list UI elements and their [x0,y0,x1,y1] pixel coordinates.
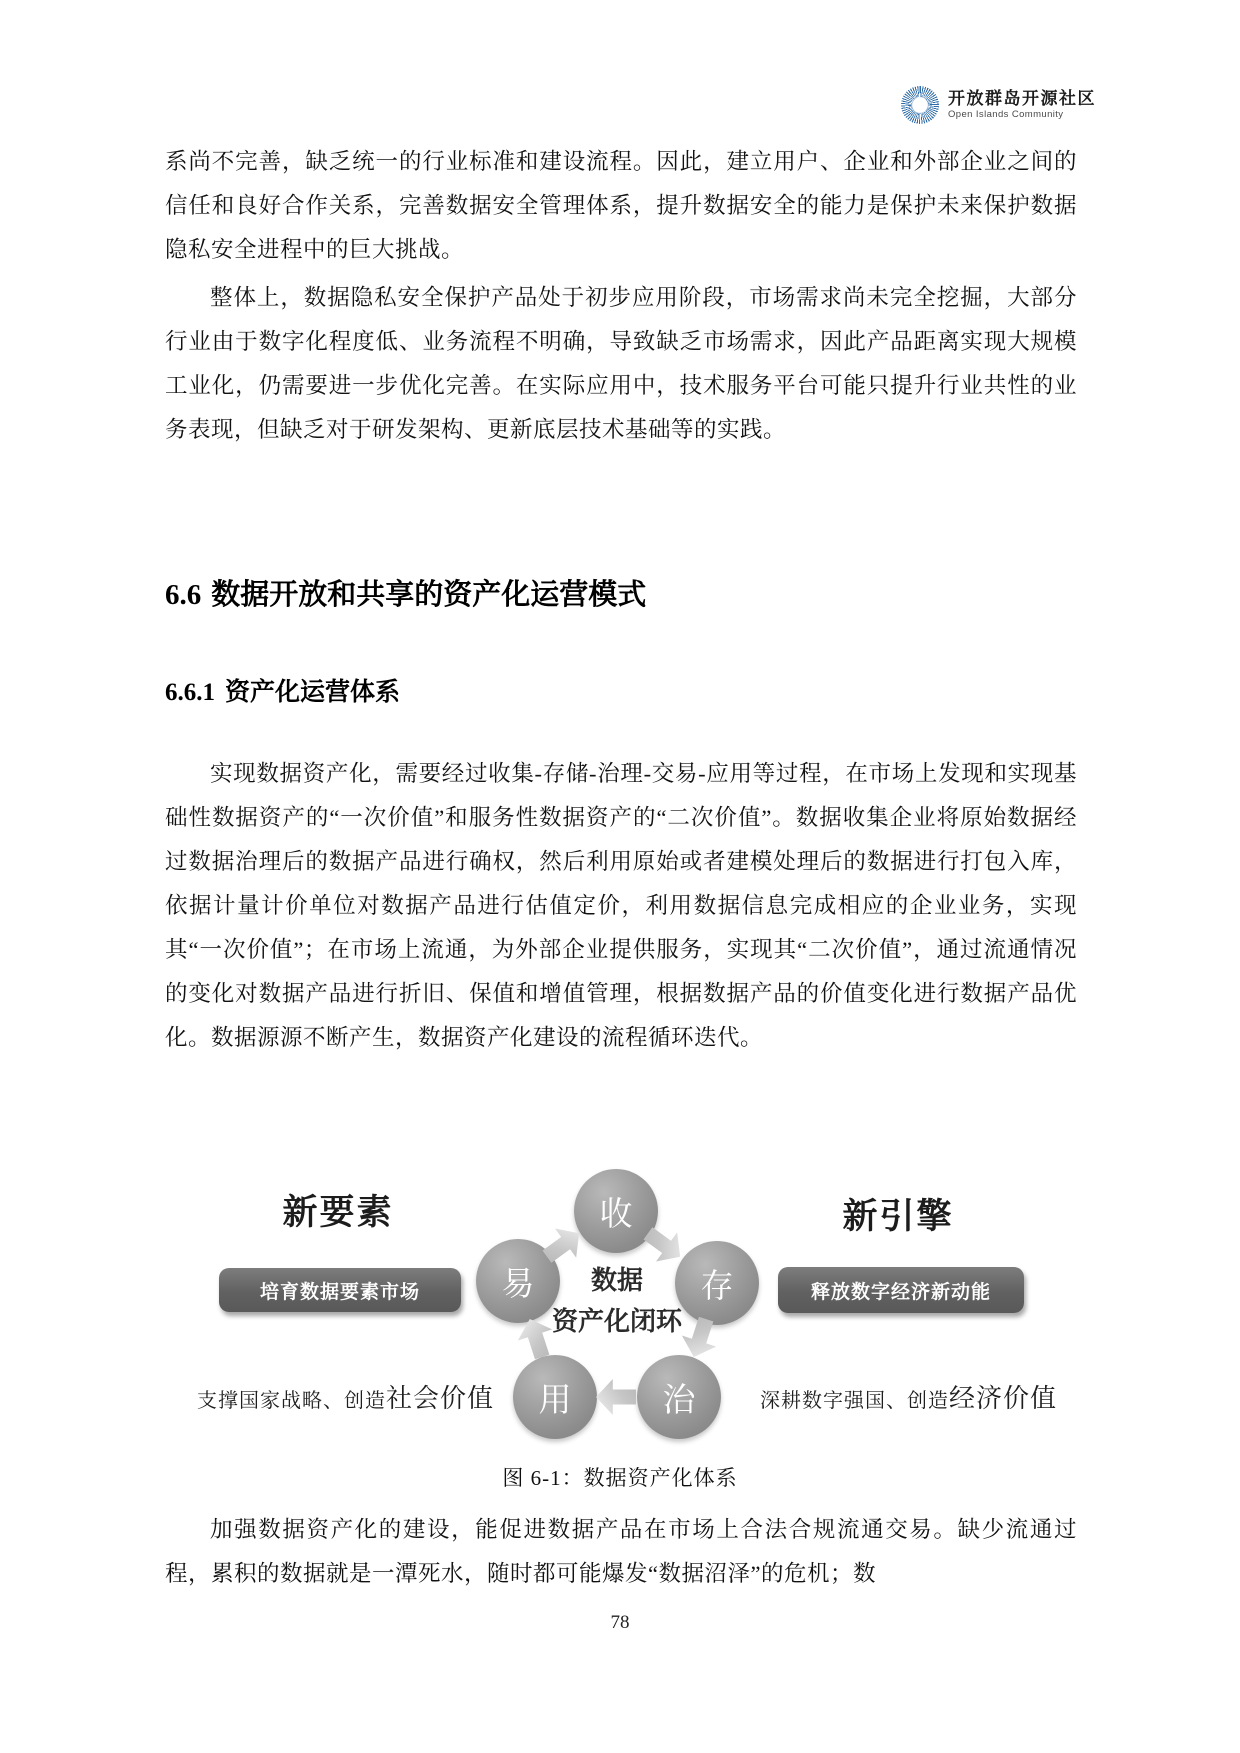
subsection-heading: 6.6.1资产化运营体系 [165,672,1077,708]
paragraph-assetization: 实现数据资产化，需要经过收集-存储-治理-交易-应用等过程，在市场上发现和实现基… [165,752,1077,1060]
org-logo: 开放群岛开源社区 Open Islands Community [901,86,1096,124]
logo-text: 开放群岛开源社区 Open Islands Community [948,89,1096,121]
cycle-node-store: 存 [675,1241,759,1325]
subsection-title: 资产化运营体系 [225,678,400,706]
section-number: 6.6 [165,579,201,611]
label-new-engine: 新引擎 [842,1189,953,1239]
page-number: 78 [0,1612,1240,1634]
value-economic: 深耕数字强国、创造经济价值 [760,1378,1057,1415]
value-economic-emph: 经济价值 [949,1378,1057,1415]
value-economic-prefix: 深耕数字强国、创造 [760,1384,949,1413]
cycle-node-use: 用 [513,1355,597,1439]
logo-name-en: Open Islands Community [948,110,1096,121]
pill-cultivate-data-market: 培育数据要素市场 [219,1268,461,1312]
paragraph-circulation: 加强数据资产化的建设，能促进数据产品在市场上合法合规流通交易。缺少流通过程，累积… [165,1508,1077,1596]
cycle-center-label: 数据 资产化闭环 [552,1260,682,1342]
pill-release-digital-economy: 释放数字经济新动能 [778,1267,1024,1313]
section-heading: 6.6数据开放和共享的资产化运营模式 [165,572,1077,613]
value-social: 支撑国家战略、创造社会价值 [197,1378,494,1415]
figure-caption: 图 6-1：数据资产化体系 [0,1462,1240,1492]
paragraph-continuation: 系尚不完善，缺乏统一的行业标准和建设流程。因此，建立用户、企业和外部企业之间的信… [165,140,1077,272]
paragraph-overview: 整体上，数据隐私安全保护产品处于初步应用阶段，市场需求尚未完全挖掘，大部分行业由… [165,276,1077,452]
logo-name-cn: 开放群岛开源社区 [948,89,1096,109]
cycle-center-line1: 数据 [552,1260,682,1301]
cycle-node-govern: 治 [637,1355,721,1439]
section-title: 数据开放和共享的资产化运营模式 [211,579,646,611]
value-social-emph: 社会价值 [386,1378,494,1415]
cycle-center-line2: 资产化闭环 [552,1301,682,1342]
sunburst-icon [901,86,939,124]
document-page: 开放群岛开源社区 Open Islands Community 系尚不完善，缺乏… [0,0,1240,1753]
cycle-arrow-govern-to-use-icon [596,1379,636,1415]
label-new-factor: 新要素 [282,1185,393,1235]
subsection-number: 6.6.1 [165,679,215,706]
figure-data-assetization-diagram: 新要素 新引擎 培育数据要素市场 释放数字经济新动能 收 存 治 用 易 数据 … [0,1150,1240,1466]
value-social-prefix: 支撑国家战略、创造 [197,1384,386,1413]
